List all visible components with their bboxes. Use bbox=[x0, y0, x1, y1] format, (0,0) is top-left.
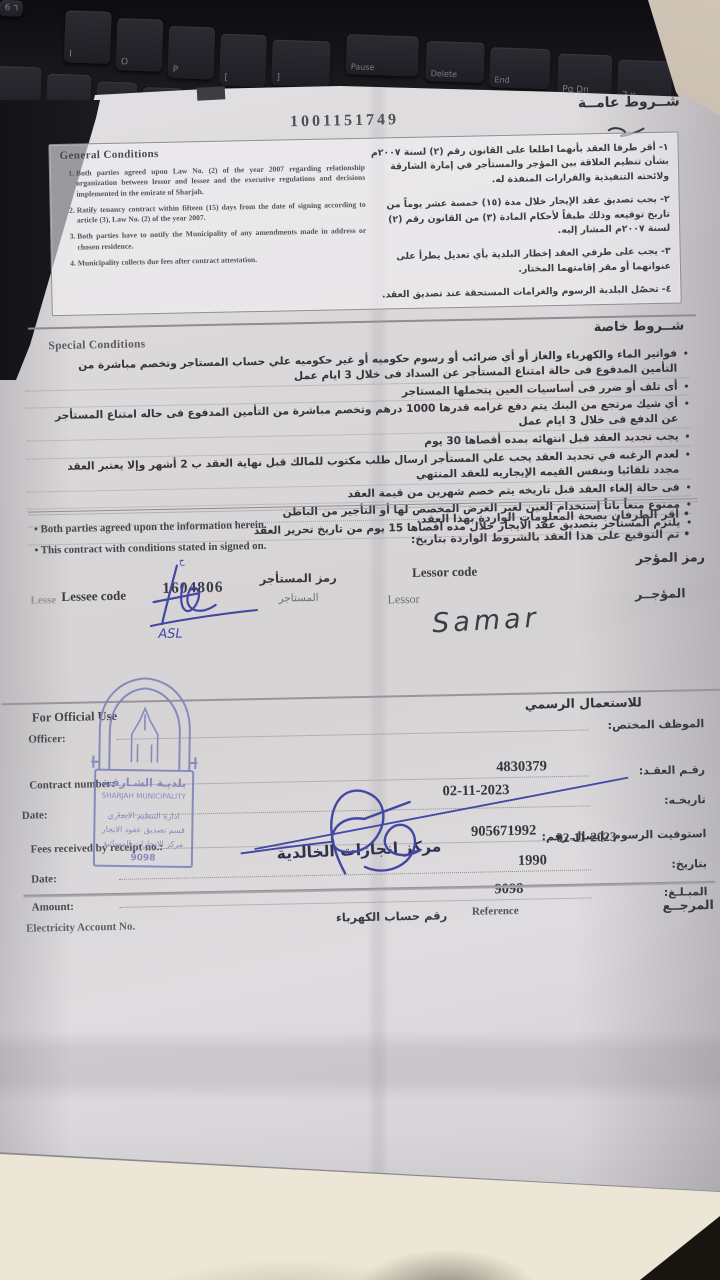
general-condition-item-ar: ٢- يجب تصديق عقد الإيجار خلال مدة (١٥) خ… bbox=[370, 193, 671, 242]
row-label-ar: استوفيت الرسوم بإيصال رقم: bbox=[541, 827, 706, 843]
special-conditions-title-en: Special Conditions bbox=[48, 338, 145, 352]
general-condition-item-ar: ٣- يجب على طرفي العقد إخطار البلدية بأي … bbox=[371, 245, 672, 280]
row-label-ar: بتاريخ: bbox=[671, 857, 707, 871]
stamp-number: 9098 bbox=[130, 853, 155, 863]
bullet-icon: • bbox=[683, 346, 689, 376]
stamp-org-en: SHARJAH MUNICIPALITY bbox=[102, 791, 187, 801]
lessee-label-ghost: Lesse bbox=[30, 594, 56, 607]
stamp-minaret-art bbox=[131, 708, 158, 762]
electricity-account-label-en: Electricity Account No. bbox=[26, 921, 135, 935]
row-label-ar: الموظف المختص: bbox=[607, 717, 704, 732]
lessee-code-label-en: Lessee code bbox=[61, 588, 126, 605]
dotted-fill-line bbox=[120, 897, 592, 907]
reference-label-en: Reference bbox=[472, 905, 519, 918]
lessor-code-label-ar: رمز المؤجر bbox=[636, 549, 705, 565]
lessor-label-en: Lessor bbox=[387, 592, 419, 608]
general-conditions-box: General Conditions Both parties agreed u… bbox=[48, 132, 681, 317]
general-condition-item-en: Ratify tenancy contract within fifteen (… bbox=[77, 200, 366, 226]
lessor-label-ar: المؤجــر bbox=[635, 585, 686, 601]
row-label-en: Officer: bbox=[28, 733, 65, 746]
general-conditions-list-en: Both parties agreed upon Law No. (2) of … bbox=[76, 163, 367, 269]
lessor-handwritten-signature: Samar bbox=[431, 603, 540, 640]
general-condition-item-ar: ٤- تحصّل البلدية الرسوم والغرامات المستح… bbox=[371, 283, 671, 303]
row-value: 02-11-2023 bbox=[442, 782, 509, 800]
general-conditions-arabic: ١- أقر طرفا العقد بأنهما اطلعا على القان… bbox=[369, 141, 672, 313]
svg-text:ح: ح bbox=[179, 557, 185, 567]
bullet-icon: • bbox=[684, 429, 690, 444]
general-conditions-english: General Conditions Both parties agreed u… bbox=[60, 144, 367, 275]
bullet-icon: • bbox=[684, 397, 690, 427]
row-label-ar: تاريخـه: bbox=[664, 793, 706, 807]
row-label-en: Date: bbox=[22, 809, 48, 822]
row-label-ar: رقـم العقـد: bbox=[639, 763, 706, 777]
stamp-dept-ar: ادارة التنظيم الايجاري bbox=[108, 811, 180, 821]
general-conditions-title-ar: شــروط عامــة bbox=[578, 93, 680, 111]
agreement-statements-ar: • أقر الطرفان بصحة المعلومات الواردة بهذ… bbox=[410, 504, 690, 550]
electricity-account-label-ar: رقم حساب الكهرباء bbox=[336, 908, 448, 924]
sharjah-municipality-stamp: بلديـة الشـارقـة SHARJAH MUNICIPALITY اد… bbox=[68, 669, 221, 886]
agreement-line-en: • This contract with conditions stated i… bbox=[34, 535, 267, 560]
bullet-icon: • bbox=[685, 447, 691, 477]
lessee-code-value: 1604806 bbox=[162, 579, 224, 598]
row-label-en: Date: bbox=[31, 873, 57, 886]
agreement-statements-en: • Both parties agreed upon the informati… bbox=[34, 515, 267, 561]
contract-serial-number: 1001151749 bbox=[290, 111, 399, 131]
general-conditions-title-en: General Conditions bbox=[60, 144, 365, 162]
row-value: 4830379 bbox=[496, 758, 547, 776]
reference-label-ar: المرجــع bbox=[662, 897, 714, 913]
row-value: 1990 bbox=[518, 852, 547, 870]
row-value: 905671992 bbox=[471, 823, 537, 841]
stamp-org-ar: بلديـة الشـارقـة bbox=[102, 776, 187, 790]
lessor-code-label-en: Lessor code bbox=[412, 564, 477, 581]
bullet-icon: • bbox=[685, 480, 691, 495]
stamp-center-ar: مركز الانجازات المسائية bbox=[103, 839, 183, 849]
lessee-label-ar: المستاجر bbox=[261, 591, 335, 604]
general-condition-item-en: Municipality collects due fees after con… bbox=[78, 253, 367, 269]
row-label-en: Amount: bbox=[32, 901, 74, 914]
photo-of-tenancy-contract: IOP[]←KL<>?PauseDeleteEndPg Dn7 ٧8 ٨9 ٩4… bbox=[0, 0, 720, 1280]
row-value: 9098 bbox=[494, 881, 523, 899]
lessee-code-label-ar: رمز المستأجر bbox=[257, 570, 339, 586]
general-condition-item-en: Both parties agreed upon Law No. (2) of … bbox=[76, 163, 366, 200]
general-condition-item-ar: ١- أقر طرفا العقد بأنهما اطلعا على القان… bbox=[369, 141, 670, 190]
stamp-section-ar: قسم تصديق عقود الايجار bbox=[101, 825, 185, 835]
general-condition-item-en: Both parties have to notify the Municipa… bbox=[77, 226, 366, 252]
agreement-line-ar: • تم التوقيع على هذا العقد بالشروط الوار… bbox=[411, 525, 691, 551]
lessee-signature-initials: ASL bbox=[157, 627, 183, 640]
special-conditions-title-ar: شــروط خاصة bbox=[593, 318, 684, 335]
bullet-icon: • bbox=[683, 379, 689, 394]
contract-content: 1001151749 شــروط عامــة General Conditi… bbox=[0, 0, 720, 1280]
